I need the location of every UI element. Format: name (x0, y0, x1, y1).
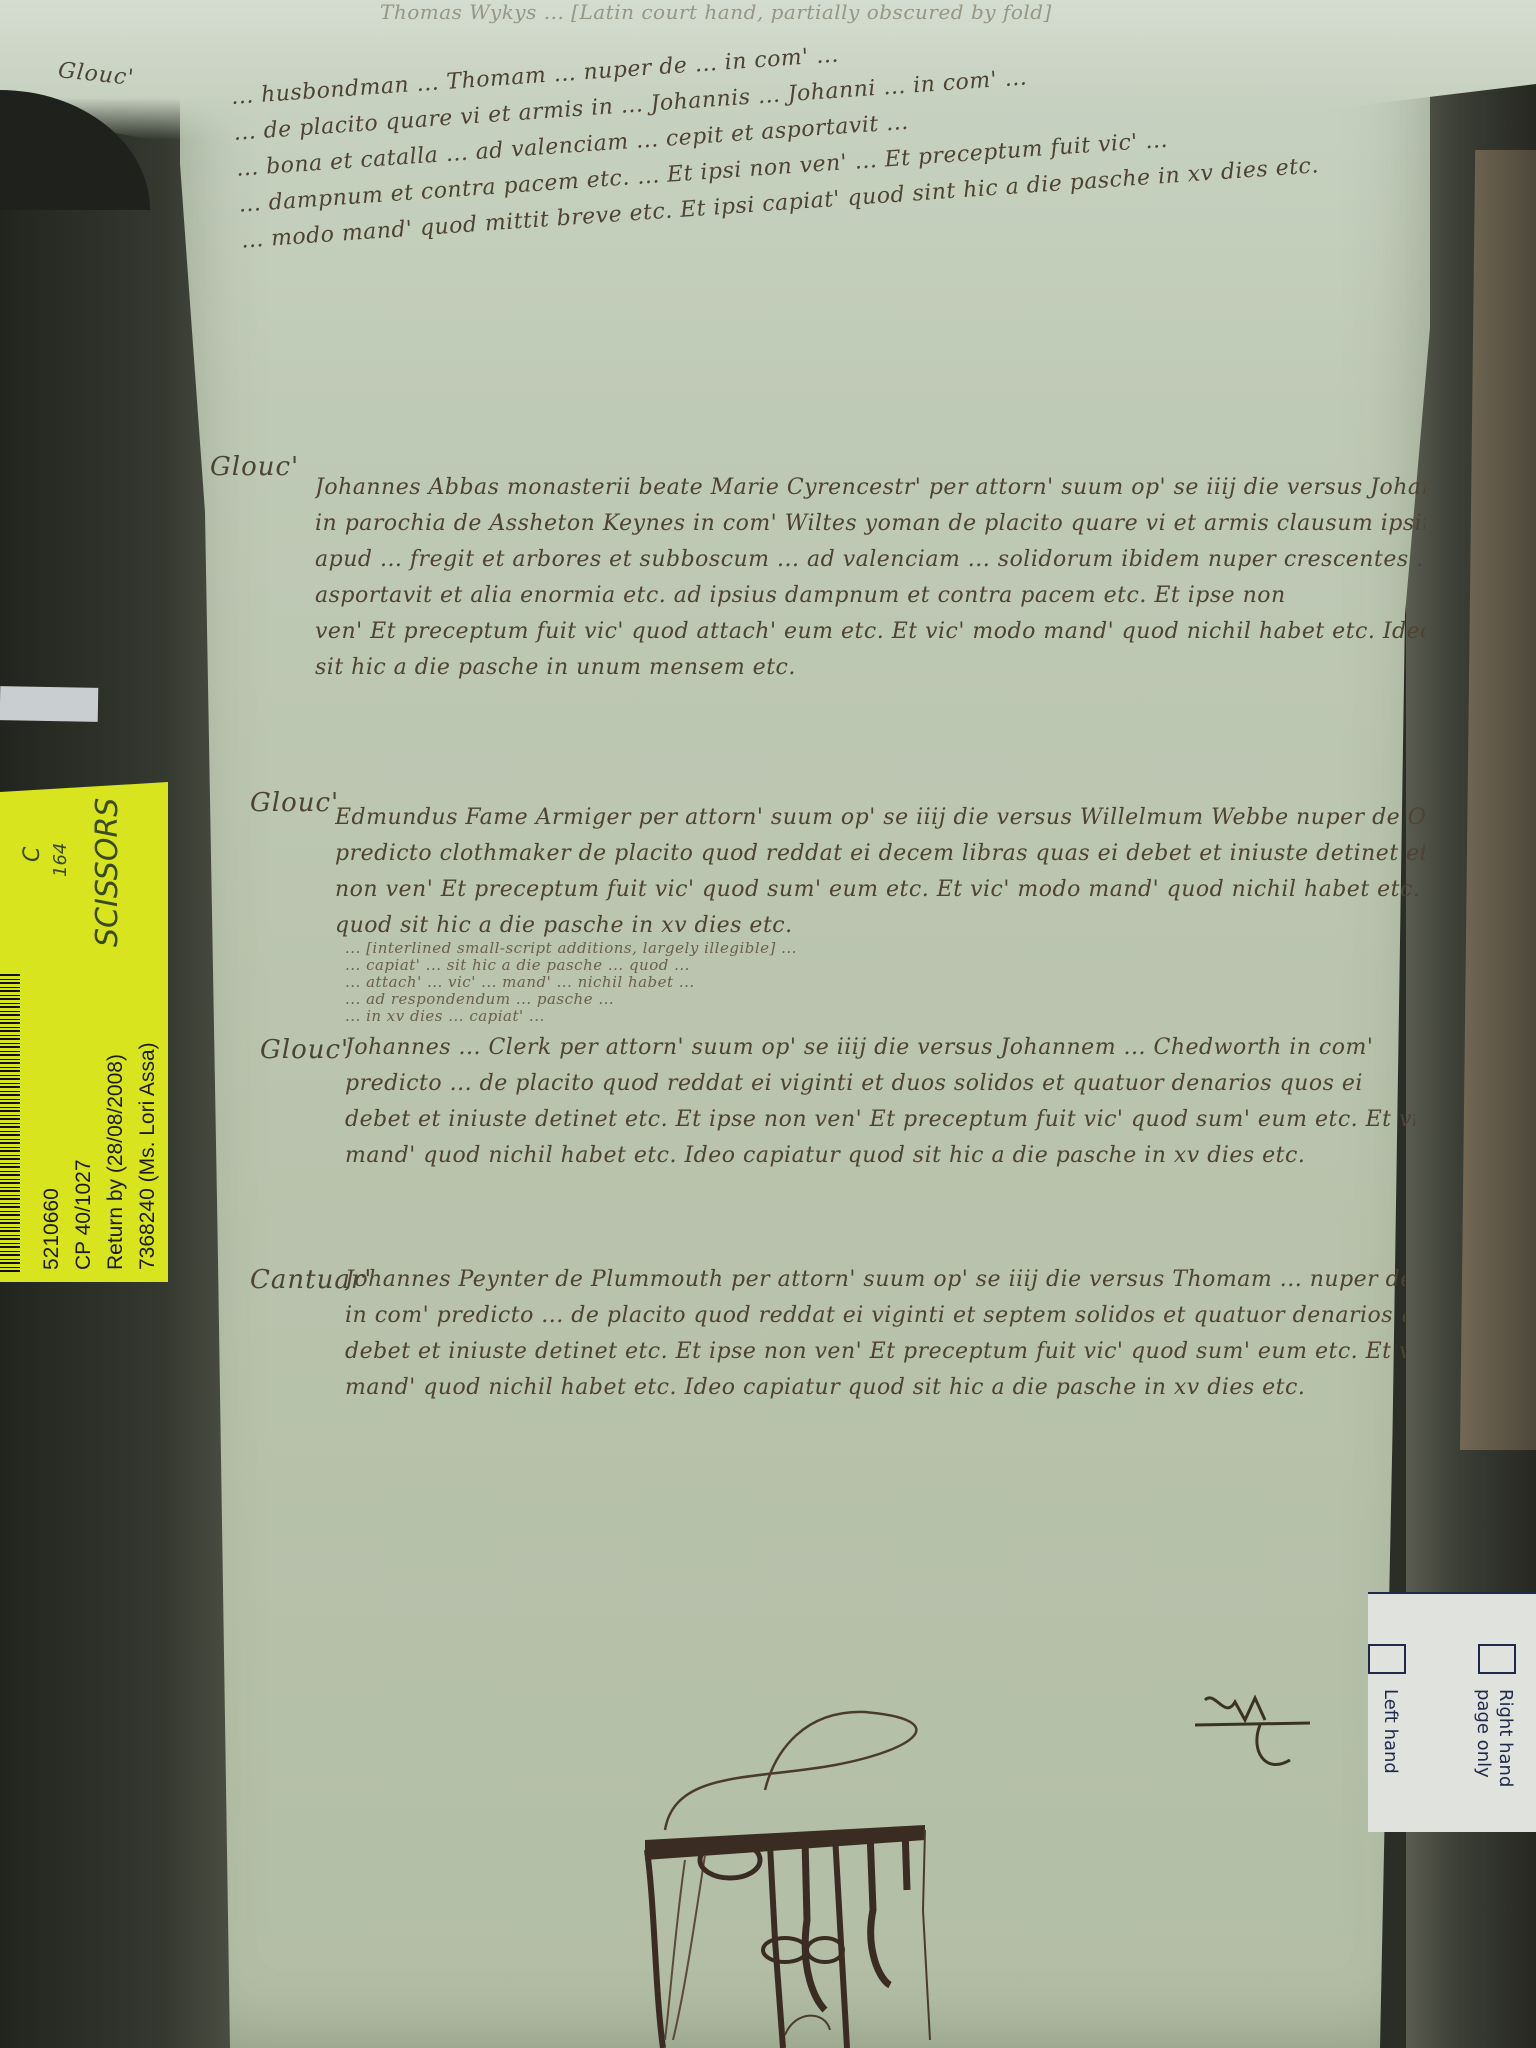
slip-rotated-content: Right hand page only Left hand (1368, 1594, 1536, 1832)
page-option-slip: Right hand page only Left hand (1368, 1592, 1536, 1832)
entry-2: Johannes Abbas monasterii beate Marie Cy… (315, 470, 1425, 686)
entry-line: ven' Et preceptum fuit vic' quod attach'… (315, 614, 1425, 650)
clerk-mark: Lyst (1195, 1690, 1315, 1780)
entry-line: apud ... fregit et arbores et subboscum … (315, 542, 1425, 578)
entry-line: Johannes Peynter de Plummouth per attorn… (345, 1262, 1405, 1298)
entry-line: ... in xv dies ... capiat' ... (345, 1008, 1415, 1025)
entry-line: Johannes Abbas monasterii beate Marie Cy… (315, 470, 1425, 506)
return-by-date: Return by (28/08/2008) (104, 1054, 128, 1270)
document-reference: CP 40/1027 (72, 1159, 96, 1270)
margin-county-note: Glouc' (210, 452, 299, 482)
entry-line: debet et iniuste detinet etc. Et ipse no… (345, 1334, 1405, 1370)
left-hand-option-label: Left hand (1380, 1689, 1401, 1774)
entry-line: in parochia de Assheton Keynes in com' W… (315, 506, 1425, 542)
handwritten-scissors-note: SCISSORS (90, 798, 125, 947)
entry-line: asportavit et alia enormia etc. ad ipsiu… (315, 578, 1425, 614)
requester-id: 7368240 (Ms. Lori Assa) (136, 1042, 160, 1270)
entry-line: ... ad respondendum ... pasche ... (345, 991, 1415, 1008)
entry-line: predicto ... de placito quod reddat ei v… (345, 1066, 1415, 1102)
entry-5: Johannes Peynter de Plummouth per attorn… (345, 1262, 1405, 1406)
right-hand-checkbox[interactable] (1478, 1644, 1516, 1674)
handwritten-code-164: 164 (50, 843, 71, 877)
entry-line: sit hic a die pasche in unum mensem etc. (315, 650, 1425, 686)
entry-line: Johannes ... Clerk per attorn' suum op' … (345, 1030, 1415, 1066)
left-hand-checkbox[interactable] (1368, 1644, 1406, 1674)
entry-line: Edmundus Fame Armiger per attorn' suum o… (335, 800, 1425, 836)
label-rotated-content: 5210660 CP 40/1027 Return by (28/08/2008… (0, 782, 168, 1282)
entry-line: mand' quod nichil habet etc. Ideo capiat… (345, 1370, 1405, 1406)
barcode (0, 972, 20, 1272)
white-tape-strip (0, 686, 98, 722)
signature-flourish: Fenn... (625, 1710, 945, 2048)
entry-line: in com' predicto ... de placito quod red… (345, 1298, 1405, 1334)
entry-line: quod sit hic a die pasche in xv dies etc… (335, 908, 1425, 944)
entry-line: ... capiat' ... sit hic a die pasche ...… (345, 957, 1415, 974)
right-hand-option-label: Right hand page only (1472, 1689, 1516, 1789)
interlined-notes: ... [interlined small-script additions, … (345, 940, 1415, 1025)
entry-line: debet et iniuste detinet etc. Et ipse no… (345, 1102, 1415, 1138)
margin-county-note: Glouc' (250, 788, 339, 818)
entry-line: ... [interlined small-script additions, … (345, 940, 1415, 957)
margin-county-note: Glouc' (260, 1035, 349, 1065)
entry-line: non ven' Et preceptum fuit vic' quod sum… (335, 872, 1425, 908)
entry-4: Johannes ... Clerk per attorn' suum op' … (345, 1030, 1415, 1174)
entry-line: mand' quod nichil habet etc. Ideo capiat… (345, 1138, 1415, 1174)
entry-3: Edmundus Fame Armiger per attorn' suum o… (335, 800, 1425, 944)
archive-request-label: 5210660 CP 40/1027 Return by (28/08/2008… (0, 782, 168, 1282)
handwritten-code-c: C (20, 847, 45, 862)
entry-line: ... attach' ... vic' ... mand' ... nichi… (345, 974, 1415, 991)
barcode-number: 5210660 (40, 1188, 64, 1270)
entry-line: predicto clothmaker de placito quod redd… (335, 836, 1425, 872)
